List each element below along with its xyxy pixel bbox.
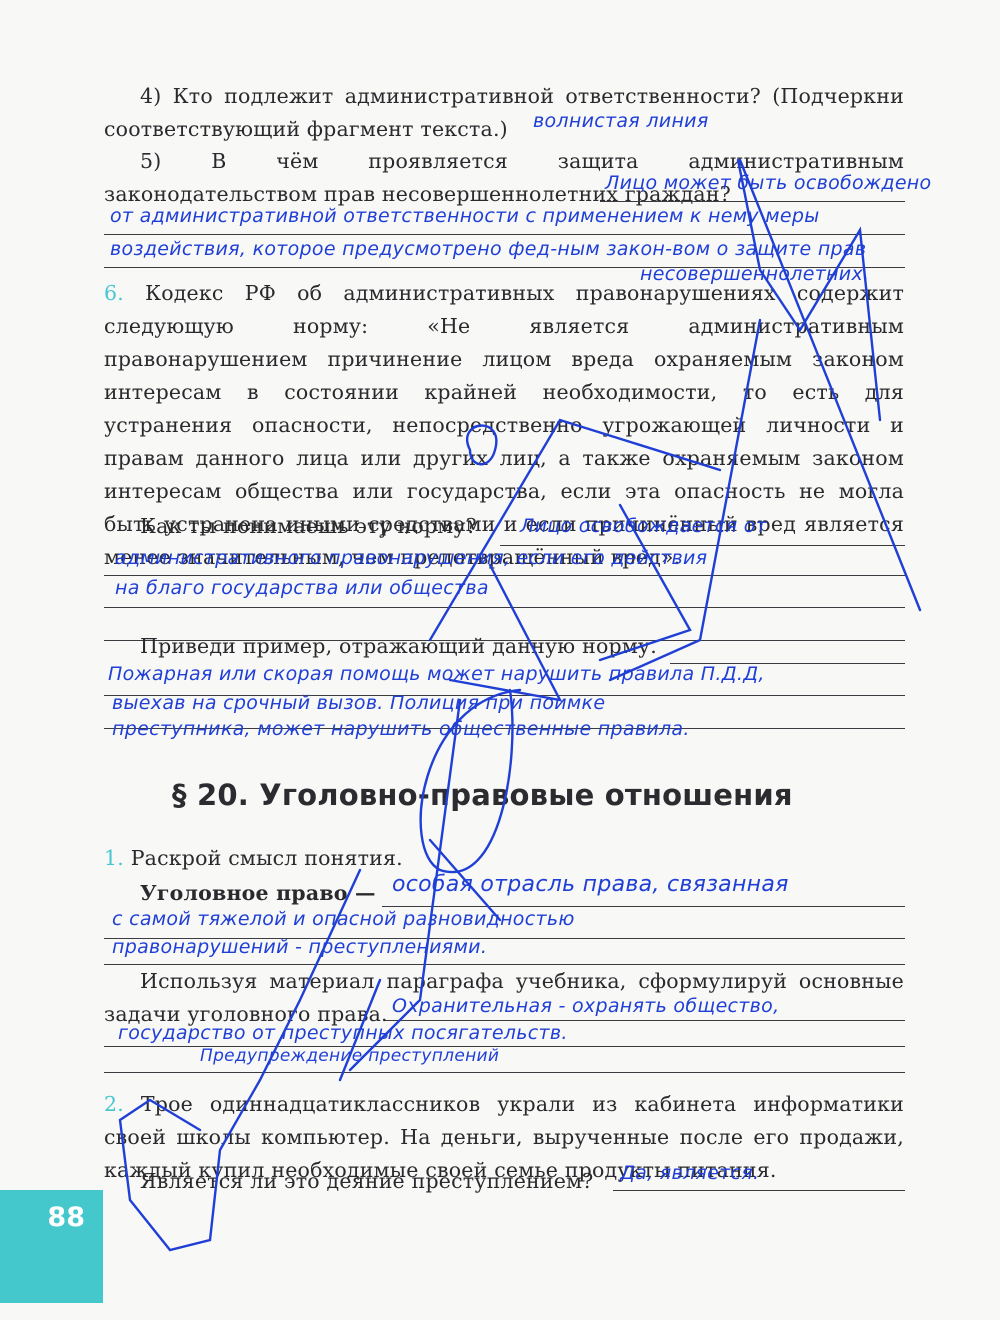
answer-5-line-1: Лицо может быть освобождено — [605, 172, 931, 194]
question-4-text: 4) Кто подлежит административной ответст… — [104, 84, 904, 141]
answer-line — [104, 575, 905, 576]
task-number: 2. — [104, 1092, 124, 1116]
definition-line-3: правонарушений - преступлениями. — [112, 936, 487, 958]
section-title: § 20. Уголовно-правовые отношения — [172, 778, 793, 812]
answer-example-line-3: преступника, может нарушить общественные… — [112, 718, 690, 740]
task-2-question: Является ли это деяние преступлением? — [104, 1165, 593, 1198]
answer-line — [104, 234, 905, 235]
tasks-answer-line-2: государство от преступных посягательств. — [118, 1022, 568, 1044]
definition-line-2: с самой тяжелой и опасной разновидностью — [112, 908, 575, 930]
task-2-answer: Да, является. — [620, 1162, 759, 1184]
answer-line — [600, 201, 905, 202]
term-label: Уголовное право — — [104, 877, 376, 910]
answer-5-line-2: от административной ответственности с пр… — [110, 205, 820, 227]
answer-line — [104, 1072, 905, 1073]
task-number: 6. — [104, 281, 124, 305]
answer-line — [613, 1190, 905, 1191]
answer-understand-line-2: административного правонарушения, если е… — [115, 547, 707, 569]
workbook-page: 4) Кто подлежит административной ответст… — [0, 0, 1000, 1320]
answer-line — [382, 906, 905, 907]
answer-understand-line-3: на благо государства или общества — [115, 577, 489, 599]
answer-4: волнистая линия — [533, 110, 709, 132]
task-1: 1. Раскрой смысл понятия. — [104, 842, 904, 875]
tasks-answer-line-1: Охранительная - охранять общество, — [392, 995, 779, 1017]
task-1-prompt: Раскрой смысл понятия. — [131, 846, 403, 870]
answer-5-line-3: воздействия, которое предусмотрено фед-н… — [110, 238, 866, 260]
answer-line — [385, 1020, 905, 1021]
question-4: 4) Кто подлежит административной ответст… — [104, 80, 904, 146]
tasks-answer-line-3: Предупреждение преступлений — [200, 1046, 499, 1066]
answer-line — [500, 545, 905, 546]
answer-example-line-1: Пожарная или скорая помощь может нарушит… — [108, 663, 765, 685]
question-understand: Как ты понимаешь эту норму? — [104, 510, 477, 543]
answer-example-line-2: выехав на срочный вызов. Полиция при пои… — [112, 692, 605, 714]
definition-line-1: особая отрасль права, связанная — [392, 872, 789, 897]
question-example: Приведи пример, отражающий данную норму. — [104, 630, 657, 663]
answer-understand-line-1: Лицо освобождается от — [520, 515, 767, 537]
term: Уголовное право — — [140, 881, 376, 905]
page-number-tab: 88 — [0, 1190, 103, 1303]
answer-line — [104, 607, 905, 608]
task-number: 1. — [104, 846, 124, 870]
page-number: 88 — [47, 1202, 85, 1233]
